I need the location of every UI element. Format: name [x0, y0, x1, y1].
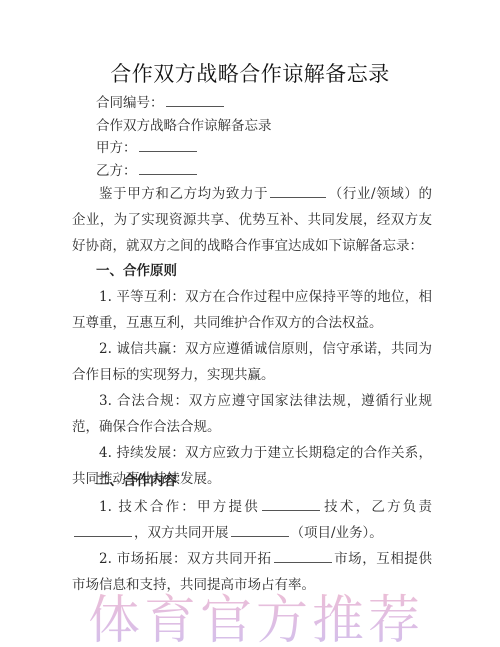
- document-title: 合作双方战略合作谅解备忘录: [0, 58, 500, 88]
- content-item-1-text-1: 1. 技术合作：甲方提供: [99, 499, 260, 515]
- party-a-blank: [139, 139, 197, 152]
- intro-paragraph: 鉴于甲方和乙方均为致力于（行业/领域）的企业，为了实现资源共享、优势互补、共同发…: [72, 181, 432, 259]
- market-blank: [274, 550, 332, 563]
- contract-number-label: 合同编号：: [96, 95, 164, 111]
- section-heading-content: 二、合作内容: [96, 468, 177, 494]
- document-page: 合作双方战略合作谅解备忘录 合同编号： 合作双方战略合作谅解备忘录 甲方： 乙方…: [0, 0, 500, 647]
- content-item-2-text-1: 2. 市场拓展：双方共同开拓: [99, 551, 272, 567]
- party-b-label: 乙方：: [96, 163, 137, 179]
- industry-blank: [270, 185, 326, 198]
- principle-item-2: 2. 诚信共赢：双方应遵循诚信原则，信守承诺，共同为合作目标的实现努力，实现共赢…: [72, 336, 432, 388]
- project-blank: [231, 524, 289, 537]
- party-b-blank: [139, 162, 197, 175]
- tech-blank: [262, 498, 320, 511]
- contract-number-blank: [166, 94, 224, 107]
- content-item-1: 1. 技术合作：甲方提供技术，乙方负责，双方共同开展（项目/业务）。: [72, 494, 432, 546]
- party-a-label: 甲方：: [96, 140, 137, 156]
- principle-item-1: 1. 平等互利：双方在合作过程中应保持平等的地位，相互尊重，互惠互利，共同维护合…: [72, 284, 432, 336]
- content-item-1-text-4: （项目/业务）。: [291, 525, 383, 541]
- intro-text-1: 鉴于甲方和乙方均为致力于: [99, 186, 268, 202]
- principle-item-3: 3. 合法合规：双方应遵守国家法律法规，遵循行业规范，确保合作合法合规。: [72, 388, 432, 440]
- responsibility-blank: [74, 524, 132, 537]
- watermark-text: 体育官方推荐: [88, 578, 424, 647]
- section-heading-principles: 一、合作原则: [96, 258, 177, 284]
- content-item-1-text-3: ，双方共同开展: [134, 525, 229, 541]
- content-item-1-text-2: 技术，乙方负责: [322, 499, 432, 515]
